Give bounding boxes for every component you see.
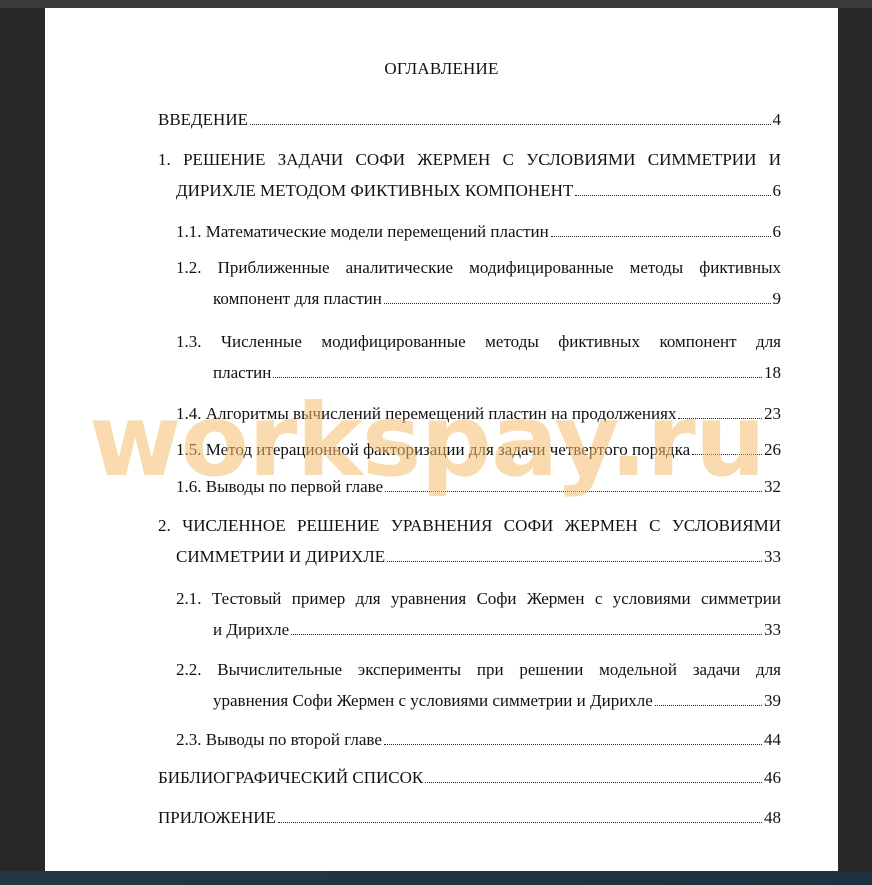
toc-page-number: 6 <box>773 181 782 201</box>
toc-entry[interactable]: 2.2. Вычислительные эксперименты при реш… <box>158 660 781 711</box>
toc-entry-text: 1.6. Выводы по первой главе <box>176 477 383 497</box>
dot-leader <box>575 195 770 196</box>
toc-entry-text: компонент для пластин <box>213 289 382 309</box>
toc-page-number: 44 <box>764 730 781 750</box>
dot-leader <box>278 822 762 823</box>
toc-page-number: 32 <box>764 477 781 497</box>
toc-entry-text: 2. ЧИСЛЕННОЕ РЕШЕНИЕ УРАВНЕНИЯ СОФИ ЖЕРМ… <box>158 516 781 536</box>
dot-leader <box>384 303 771 304</box>
toc-page-number: 46 <box>764 768 781 788</box>
toc-page-number: 4 <box>773 110 782 130</box>
toc-page-number: 33 <box>764 547 781 567</box>
toc-page-number: 6 <box>773 222 782 242</box>
toc-entry[interactable]: 2.1. Тестовый пример для уравнения Софи … <box>158 589 781 640</box>
toc-page-number: 18 <box>764 363 781 383</box>
toc-entry-text: 1. РЕШЕНИЕ ЗАДАЧИ СОФИ ЖЕРМЕН С УСЛОВИЯМ… <box>158 150 781 170</box>
toc-entry-text: 1.4. Алгоритмы вычислений перемещений пл… <box>176 404 676 424</box>
dot-leader <box>655 705 762 706</box>
dot-leader <box>291 634 762 635</box>
toc-entry[interactable]: 1.6. Выводы по первой главе32 <box>158 477 781 497</box>
toc-entry-text: 1.3. Численные модифицированные методы ф… <box>158 332 781 352</box>
toc-entry-text: 2.3. Выводы по второй главе <box>176 730 382 750</box>
toc-page-number: 33 <box>764 620 781 640</box>
toc-entry[interactable]: 1. РЕШЕНИЕ ЗАДАЧИ СОФИ ЖЕРМЕН С УСЛОВИЯМ… <box>158 150 781 201</box>
toc-page-number: 48 <box>764 808 781 828</box>
toc-entry[interactable]: 2. ЧИСЛЕННОЕ РЕШЕНИЕ УРАВНЕНИЯ СОФИ ЖЕРМ… <box>158 516 781 567</box>
toc-entry-text: и Дирихле <box>213 620 289 640</box>
toc-entry[interactable]: 1.3. Численные модифицированные методы ф… <box>158 332 781 383</box>
taskbar-strip <box>0 871 872 885</box>
toc-page-number: 9 <box>773 289 782 309</box>
toc-entry-text: пластин <box>213 363 271 383</box>
toc-entry[interactable]: 1.5. Метод итерационной факторизации для… <box>158 440 781 460</box>
toc-entry-text: СИММЕТРИИ И ДИРИХЛЕ <box>176 547 385 567</box>
toc-title: ОГЛАВЛЕНИЕ <box>45 59 838 79</box>
dot-leader <box>387 561 762 562</box>
toc-page-number: 26 <box>764 440 781 460</box>
toc-entry[interactable]: ВВЕДЕНИЕ4 <box>158 110 781 130</box>
toc-page-number: 39 <box>764 691 781 711</box>
toc-entry-text: ВВЕДЕНИЕ <box>158 110 248 130</box>
dot-leader <box>273 377 762 378</box>
toc-entry[interactable]: 1.1. Математические модели перемещений п… <box>158 222 781 242</box>
toc-entry-text: ПРИЛОЖЕНИЕ <box>158 808 276 828</box>
dot-leader <box>551 236 771 237</box>
toc-entry[interactable]: ПРИЛОЖЕНИЕ 48 <box>158 808 781 828</box>
dot-leader <box>250 124 771 125</box>
toc-entry[interactable]: 1.4. Алгоритмы вычислений перемещений пл… <box>158 404 781 424</box>
toc-entry-text: 2.2. Вычислительные эксперименты при реш… <box>158 660 781 680</box>
toc-page-number: 23 <box>764 404 781 424</box>
dot-leader <box>678 418 762 419</box>
toc-entry[interactable]: 2.3. Выводы по второй главе44 <box>158 730 781 750</box>
dot-leader <box>384 744 762 745</box>
toc-entry-text: ДИРИХЛЕ МЕТОДОМ ФИКТИВНЫХ КОМПОНЕНТ <box>176 181 573 201</box>
toc-entry[interactable]: 1.2. Приближенные аналитические модифици… <box>158 258 781 309</box>
document-page: ОГЛАВЛЕНИЕ ВВЕДЕНИЕ41. РЕШЕНИЕ ЗАДАЧИ СО… <box>45 8 838 871</box>
toc-entry-text: 1.5. Метод итерационной факторизации для… <box>176 440 690 460</box>
toc-entry-text: 1.2. Приближенные аналитические модифици… <box>158 258 781 278</box>
viewer-top-bar <box>0 0 872 8</box>
toc-entry-text: 1.1. Математические модели перемещений п… <box>176 222 549 242</box>
dot-leader <box>692 454 762 455</box>
toc-entry-text: уравнения Софи Жермен с условиями симмет… <box>213 691 653 711</box>
dot-leader <box>425 782 762 783</box>
toc-entry[interactable]: БИБЛИОГРАФИЧЕСКИЙ СПИСОК 46 <box>158 768 781 788</box>
dot-leader <box>385 491 762 492</box>
toc-entry-text: 2.1. Тестовый пример для уравнения Софи … <box>158 589 781 609</box>
toc-entry-text: БИБЛИОГРАФИЧЕСКИЙ СПИСОК <box>158 768 423 788</box>
